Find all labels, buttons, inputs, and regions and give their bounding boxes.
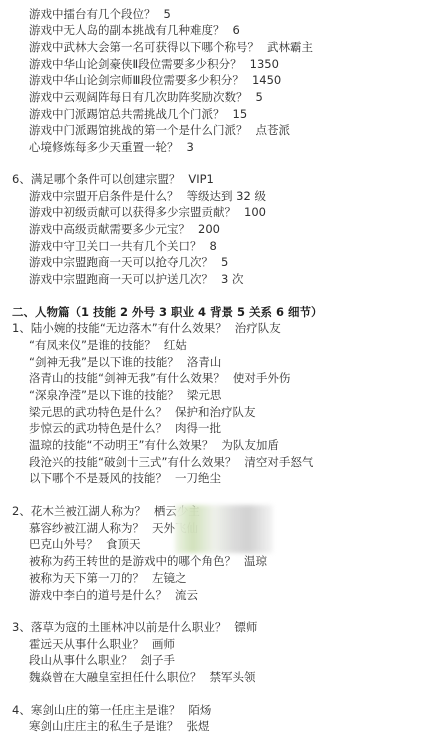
section-item: 2、花木兰被江湖人称为？栖云少主	[12, 503, 200, 520]
qa-line: 游戏中李白的道号是什么？流云	[29, 587, 198, 604]
qa-line: 游戏中守卫关口一共有几个关口？8	[29, 238, 217, 255]
qa-line: “剑神无我”是以下谁的技能？洛青山	[29, 354, 221, 371]
qa-line: 游戏中高级贡献需要多少元宝？200	[29, 221, 220, 238]
qa-line: 被称为药王转世的是游戏中的哪个角色？温琼	[29, 553, 267, 570]
qa-line: 段沧兴的技能“破剑十三式”有什么效果？清空对手怒气	[29, 454, 313, 471]
qa-line: 游戏中宗盟开启条件是什么？等级达到 32 级	[29, 188, 266, 205]
qa-line: 游戏中宗盟跑商一天可以抢夺几次？5	[29, 254, 228, 271]
qa-line: 心境修炼每多少天重置一轮？3	[29, 139, 194, 156]
qa-line: 游戏中门派踢馆总共需挑战几个门派？15	[29, 106, 247, 123]
qa-line: 段山从事什么职业？刽子手	[29, 652, 175, 669]
section-item: 4、寒剑山庄的第一任庄主是谁？陌炀	[12, 702, 211, 719]
qa-line: 被称为天下第一刀的？左镜之	[29, 570, 187, 587]
section-heading: 二、人物篇（1 技能 2 外号 3 职业 4 背景 5 关系 6 细节）	[12, 304, 323, 321]
qa-line: 游戏中擂台有几个段位？5	[29, 6, 171, 23]
qa-line: 步惊云的武功特色是什么？肉得一批	[29, 420, 221, 437]
section-item: 6、满足哪个条件可以创建宗盟？VIP1	[12, 171, 214, 188]
section-item: 1、陆小婉的技能“无边落木”有什么效果？治疗队友	[12, 320, 281, 337]
qa-line: “有凤来仪”是谁的技能？红姑	[29, 337, 187, 354]
section-item: 3、落草为寇的土匪林冲以前是什么职业？镖师	[12, 619, 257, 636]
qa-line: 游戏中华山论剑豪侠Ⅱ段位需要多少积分？1350	[29, 56, 279, 73]
qa-line: 霍远天从事什么职业？画师	[29, 636, 175, 653]
blurred-overlay	[175, 505, 273, 553]
qa-line: 游戏中云观阔阵每日有几次助阵奖励次数？5	[29, 89, 263, 106]
qa-line: 梁元思的武功特色是什么？保护和治疗队友	[29, 404, 256, 421]
qa-line: 游戏中初级贡献可以获得多少宗盟贡献？100	[29, 204, 266, 221]
qa-line: 巴克山外号？食顶天	[29, 536, 141, 553]
qa-line: 慕容纱被江湖人称为？天外飞仙	[29, 520, 198, 537]
qa-line: “深泉净滢”是以下谁的技能？梁元思	[29, 387, 221, 404]
qa-line: 以下哪个不是聂风的技能？一刀绝尘	[29, 470, 221, 487]
qa-line: 洛青山的技能“剑神无我”有什么效果？使对手外伤	[29, 370, 290, 387]
qa-line: 温琼的技能“不动明王”有什么效果？为队友加盾	[29, 437, 279, 454]
qa-line: 游戏中武林大会第一名可获得以下哪个称号？武林霸主	[29, 39, 313, 56]
qa-line: 游戏中门派踢馆挑战的第一个是什么门派？点苍派	[29, 122, 290, 139]
qa-line: 魏焱曾在大融皇室担任什么职位？禁军头领	[29, 669, 256, 686]
qa-line: 游戏中华山论剑宗师Ⅲ段位需要多少积分？1450	[29, 72, 281, 89]
qa-line: 游戏中无人岛的副本挑战有几种难度？6	[29, 22, 240, 39]
qa-line: 寒剑山庄庄主的私生子是谁？张煜	[29, 718, 210, 735]
qa-line: 游戏中宗盟跑商一天可以护送几次？3 次	[29, 271, 243, 288]
